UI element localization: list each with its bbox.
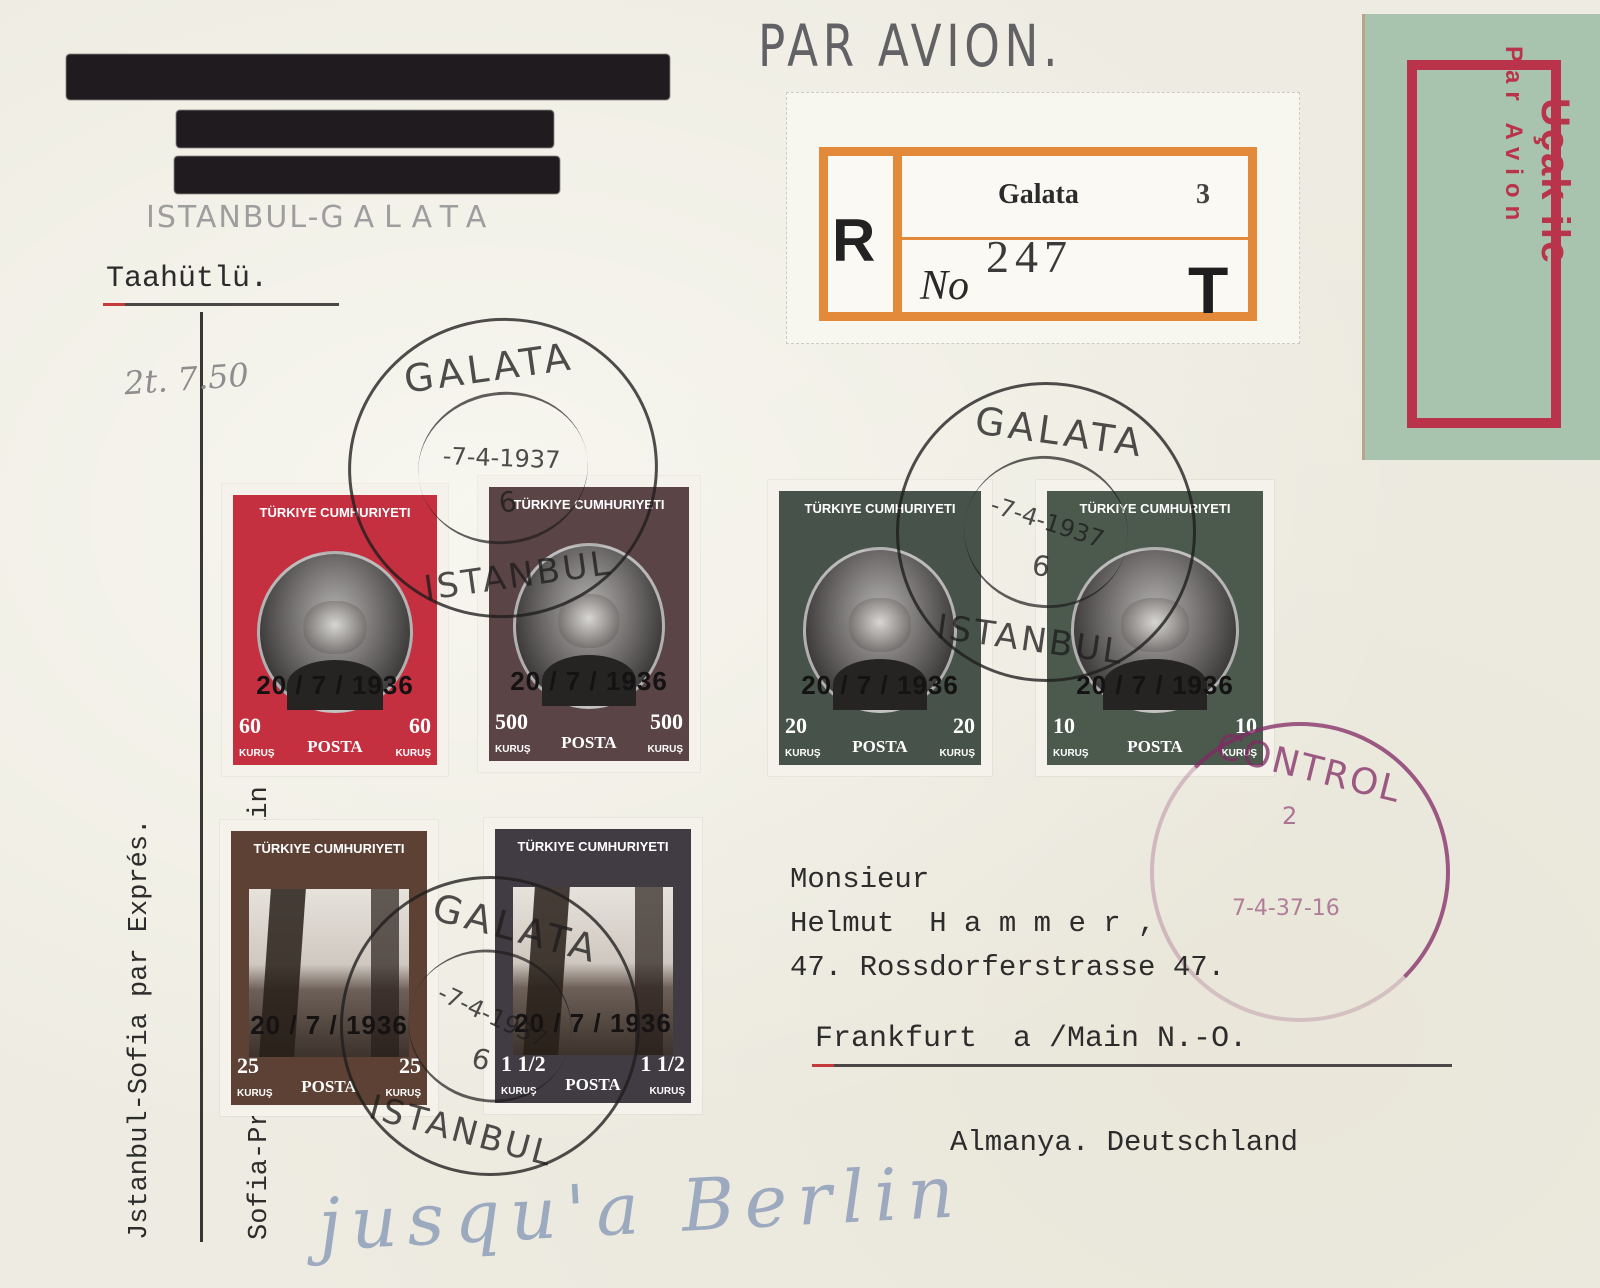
control-postmark-number: 2: [1282, 802, 1297, 830]
recipient-city-underline: [812, 1064, 1452, 1067]
airmail-label: Uçak ile Par Avion: [1362, 14, 1600, 460]
par-avion-handstamp: PAR AVION.: [758, 12, 1062, 80]
control-postmark-date: 7-4-37-16: [1232, 896, 1340, 921]
registration-divider: [893, 156, 902, 312]
stamp-value: 1 1/2: [640, 1051, 685, 1077]
sender-handstamp-district: GALATA: [320, 200, 496, 235]
stamp-value: 60: [239, 713, 261, 739]
stamp-portrait: [304, 601, 367, 654]
recipient-country: Almanya. Deutschland: [950, 1126, 1298, 1159]
stamp-value: 500: [495, 709, 528, 735]
stamp-value: 60: [409, 713, 431, 739]
registration-office-number: 3: [1196, 179, 1210, 211]
recipient-street: 47. Rossdorferstrasse 47.: [790, 946, 1225, 990]
sender-handstamp-city: ISTANBUL-: [146, 200, 320, 235]
registered-note: Taahütlü.: [106, 262, 268, 296]
airmail-label-subtitle: Par Avion: [1495, 46, 1531, 265]
redaction-bar: [174, 156, 560, 194]
registration-divider: [902, 237, 1248, 240]
stamp-value: 20: [785, 713, 807, 739]
recipient-salutation: Monsieur: [790, 858, 1225, 902]
airmail-label-title: Uçak ile: [1531, 98, 1579, 265]
stamp-country: TÜRKIYE CUMHURIYETI: [231, 841, 427, 856]
stamp-overprint: 20 / 7 / 1936: [779, 670, 981, 701]
stamp-value: 500: [650, 709, 683, 735]
stamp-country: TÜRKIYE CUMHURIYETI: [495, 839, 691, 854]
registration-office: Galata: [998, 179, 1079, 211]
stamp-value: 10: [1053, 713, 1075, 739]
registration-label-frame: R Galata 3 No 247 T: [819, 147, 1257, 321]
airmail-label-text: Uçak ile Par Avion: [1495, 98, 1579, 265]
registration-number: 247: [986, 230, 1073, 283]
stamp-overprint: 20 / 7 / 1936: [233, 670, 437, 701]
recipient-name: Helmut H a m m e r ,: [790, 902, 1225, 946]
control-postmark-title: CONTROL: [1212, 726, 1406, 812]
stamp-value: 20: [953, 713, 975, 739]
stamp-posta-label: POSTA: [233, 737, 437, 757]
redaction-bar: [66, 54, 670, 100]
stamp-value: 25: [237, 1053, 259, 1079]
registration-letter-t: T: [1188, 252, 1228, 328]
registration-number-prefix: No: [920, 262, 969, 310]
stamp-posta-label: POSTA: [489, 733, 689, 753]
registration-letter-r: R: [832, 206, 875, 275]
sender-handstamp: ISTANBUL-GALATA: [146, 200, 496, 235]
recipient-address: MonsieurHelmut H a m m e r ,47. Rossdorf…: [790, 858, 1225, 990]
stamp-overprint: 20 / 7 / 1936: [489, 666, 689, 697]
registered-underline: [103, 303, 339, 306]
routing-line: Jstanbul-Sofia par Exprés.: [120, 480, 160, 1240]
pencil-rate-note: 2t. 7.50: [123, 356, 250, 403]
registration-label: R Galata 3 No 247 T: [786, 92, 1300, 344]
recipient-city: Frankfurt a /Main N.-O.: [815, 1022, 1247, 1056]
envelope: PAR AVION. ISTANBUL-GALATA Taahütlü. 2t.…: [0, 0, 1600, 1288]
stamp-posta-label: POSTA: [779, 737, 981, 757]
redaction-bar: [176, 110, 554, 148]
